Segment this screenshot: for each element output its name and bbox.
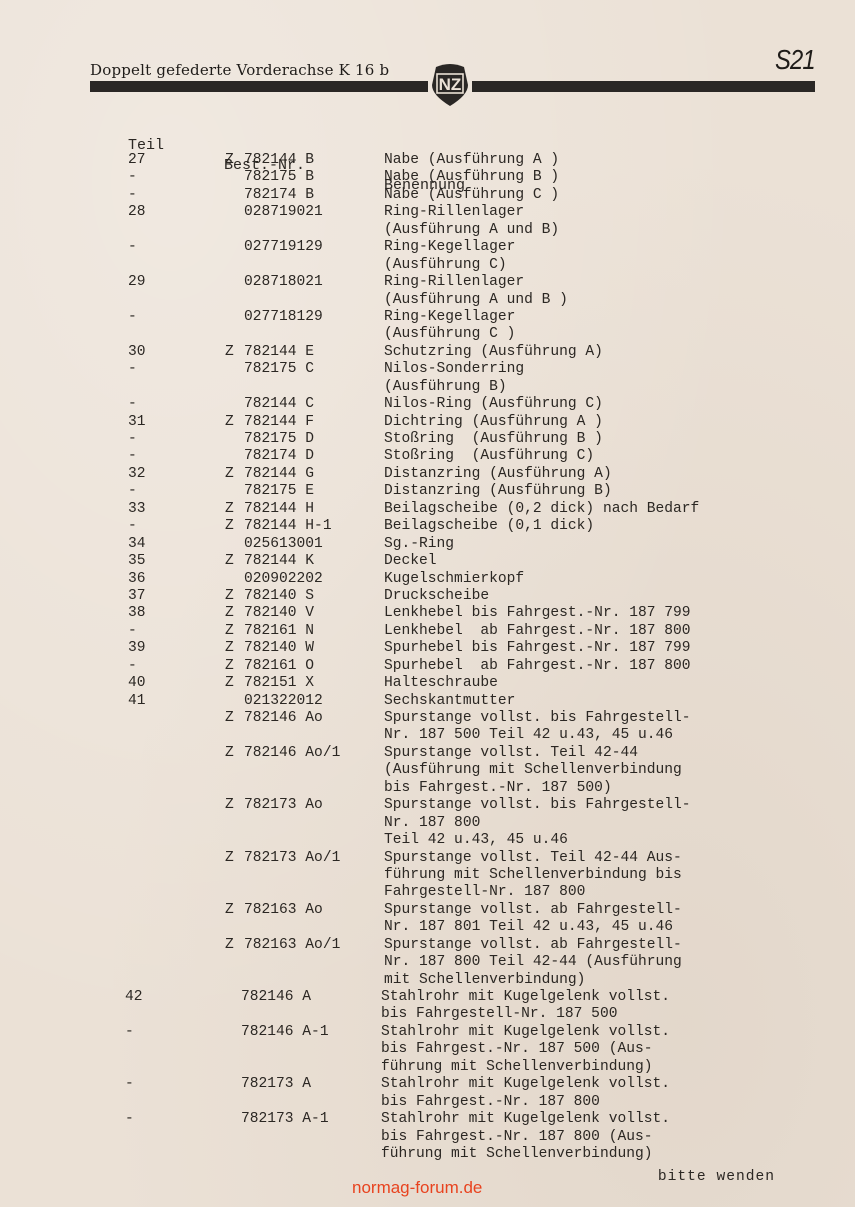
order-number: 782146 A-1	[241, 1024, 329, 1041]
part-description: (Ausführung C )	[384, 326, 515, 343]
table-row-continuation: (Ausführung B)	[0, 379, 855, 396]
table-row: -782146 A-1Stahlrohr mit Kugelgelenk vol…	[0, 1024, 855, 1041]
part-description: führung mit Schellenverbindung bis	[384, 867, 682, 884]
part-description: Ring-Kegellager	[384, 309, 515, 326]
z-marker: Z	[225, 518, 234, 535]
part-description: (Ausführung mit Schellenverbindung	[384, 762, 682, 779]
part-description: Stahlrohr mit Kugelgelenk vollst.	[381, 989, 670, 1006]
part-description: Dichtring (Ausführung A )	[384, 414, 603, 431]
part-description: Distanzring (Ausführung B)	[384, 483, 612, 500]
order-number: 782175 E	[244, 483, 314, 500]
svg-text:NZ: NZ	[439, 75, 462, 94]
part-description: Teil 42 u.43, 45 u.46	[384, 832, 568, 849]
table-row: 30Z782144 ESchutzring (Ausführung A)	[0, 344, 855, 361]
teil-number: -	[125, 1111, 134, 1128]
part-description: bis Fahrgest.-Nr. 187 500)	[384, 780, 612, 797]
table-row-continuation: (Ausführung C )	[0, 326, 855, 343]
teil-number: -	[128, 361, 137, 378]
table-row: Z782173 AoSpurstange vollst. bis Fahrges…	[0, 797, 855, 814]
order-number: 782151 X	[244, 675, 314, 692]
table-row: -782175 DStoßring (Ausführung B )	[0, 431, 855, 448]
z-marker: Z	[225, 640, 234, 657]
teil-number: 34	[128, 536, 146, 553]
part-description: bis Fahrgestell-Nr. 187 500	[381, 1006, 617, 1023]
z-marker: Z	[225, 658, 234, 675]
order-number: 782144 B	[244, 152, 314, 169]
page-number: S21	[775, 44, 815, 76]
part-description: bis Fahrgest.-Nr. 187 500 (Aus-	[381, 1041, 653, 1058]
order-number: 782173 A-1	[241, 1111, 329, 1128]
part-description: Beilagscheibe (0,1 dick)	[384, 518, 594, 535]
table-row: 38Z782140 VLenkhebel bis Fahrgest.-Nr. 1…	[0, 605, 855, 622]
table-row-continuation: bis Fahrgest.-Nr. 187 800 (Aus-	[0, 1129, 855, 1146]
part-description: Sg.-Ring	[384, 536, 454, 553]
table-row: -Z782161 NLenkhebel ab Fahrgest.-Nr. 187…	[0, 623, 855, 640]
table-row-continuation: Teil 42 u.43, 45 u.46	[0, 832, 855, 849]
z-marker: Z	[225, 902, 234, 919]
table-row: 29028718021Ring-Rillenlager	[0, 274, 855, 291]
teil-number: 28	[128, 204, 146, 221]
part-description: Lenkhebel ab Fahrgest.-Nr. 187 800	[384, 623, 691, 640]
order-number: 782161 O	[244, 658, 314, 675]
table-row: 33Z782144 HBeilagscheibe (0,2 dick) nach…	[0, 501, 855, 518]
teil-number: 29	[128, 274, 146, 291]
part-description: führung mit Schellenverbindung)	[381, 1059, 653, 1076]
table-row: -782173 A-1Stahlrohr mit Kugelgelenk vol…	[0, 1111, 855, 1128]
z-marker: Z	[225, 797, 234, 814]
teil-number: 33	[128, 501, 146, 518]
teil-number: 36	[128, 571, 146, 588]
order-number: 782144 H-1	[244, 518, 332, 535]
teil-number: 35	[128, 553, 146, 570]
parts-table: Teil Best.-Nr. Benennung 27Z782144 BNabe…	[0, 116, 855, 1163]
part-description: Deckel	[384, 553, 437, 570]
teil-number: -	[128, 239, 137, 256]
table-row-continuation: Fahrgestell-Nr. 187 800	[0, 884, 855, 901]
header-rule-left	[90, 81, 428, 92]
teil-number: -	[128, 658, 137, 675]
part-description: (Ausführung A und B )	[384, 292, 568, 309]
table-row-continuation: Nr. 187 800 Teil 42-44 (Ausführung	[0, 954, 855, 971]
order-number: 782163 Ao	[244, 902, 323, 919]
table-row-continuation: bis Fahrgest.-Nr. 187 500)	[0, 780, 855, 797]
part-description: Nabe (Ausführung A )	[384, 152, 559, 169]
part-description: Lenkhebel bis Fahrgest.-Nr. 187 799	[384, 605, 691, 622]
part-description: Nr. 187 800	[384, 815, 480, 832]
teil-number: 38	[128, 605, 146, 622]
table-row-continuation: Nr. 187 800	[0, 815, 855, 832]
z-marker: Z	[225, 710, 234, 727]
order-number: 782173 A	[241, 1076, 311, 1093]
table-row: Z782146 Ao/1Spurstange vollst. Teil 42-4…	[0, 745, 855, 762]
table-row-continuation: (Ausführung A und B )	[0, 292, 855, 309]
order-number: 027719129	[244, 239, 323, 256]
part-description: Ring-Rillenlager	[384, 204, 524, 221]
teil-number: -	[125, 1076, 134, 1093]
part-description: Stahlrohr mit Kugelgelenk vollst.	[381, 1024, 670, 1041]
table-row: -782173 AStahlrohr mit Kugelgelenk volls…	[0, 1076, 855, 1093]
table-row: 32Z782144 GDistanzring (Ausführung A)	[0, 466, 855, 483]
part-description: Distanzring (Ausführung A)	[384, 466, 612, 483]
part-description: Stoßring (Ausführung C)	[384, 448, 594, 465]
part-description: (Ausführung C)	[384, 257, 507, 274]
order-number: 782175 B	[244, 169, 314, 186]
z-marker: Z	[225, 344, 234, 361]
table-row: Z782173 Ao/1Spurstange vollst. Teil 42-4…	[0, 850, 855, 867]
teil-number: -	[128, 448, 137, 465]
order-number: 782163 Ao/1	[244, 937, 340, 954]
z-marker: Z	[225, 501, 234, 518]
table-row-continuation: führung mit Schellenverbindung)	[0, 1059, 855, 1076]
table-row: -782144 CNilos-Ring (Ausführung C)	[0, 396, 855, 413]
table-row: 35Z782144 KDeckel	[0, 553, 855, 570]
z-marker: Z	[225, 745, 234, 762]
teil-number: 41	[128, 693, 146, 710]
teil-number: 27	[128, 152, 146, 169]
table-row: -027718129Ring-Kegellager	[0, 309, 855, 326]
order-number: 782144 H	[244, 501, 314, 518]
part-description: Druckscheibe	[384, 588, 489, 605]
order-number: 020902202	[244, 571, 323, 588]
part-description: Spurstange vollst. Teil 42-44	[384, 745, 638, 762]
table-row-continuation: (Ausführung mit Schellenverbindung	[0, 762, 855, 779]
order-number: 025613001	[244, 536, 323, 553]
order-number: 782144 C	[244, 396, 314, 413]
order-number: 782146 Ao	[244, 710, 323, 727]
order-number: 782144 K	[244, 553, 314, 570]
z-marker: Z	[225, 623, 234, 640]
order-number: 782146 Ao/1	[244, 745, 340, 762]
z-marker: Z	[225, 675, 234, 692]
table-row: -782174 BNabe (Ausführung C )	[0, 187, 855, 204]
part-description: Nr. 187 801 Teil 42 u.43, 45 u.46	[384, 919, 673, 936]
part-description: Nr. 187 800 Teil 42-44 (Ausführung	[384, 954, 682, 971]
part-description: Spurstange vollst. ab Fahrgestell-	[384, 902, 682, 919]
order-number: 782140 S	[244, 588, 314, 605]
teil-number: 40	[128, 675, 146, 692]
part-description: Halteschraube	[384, 675, 498, 692]
part-description: (Ausführung A und B)	[384, 222, 559, 239]
section-title: Doppelt gefederte Vorderachse K 16 b	[90, 61, 389, 79]
part-description: Beilagscheibe (0,2 dick) nach Bedarf	[384, 501, 699, 518]
table-row: 42782146 AStahlrohr mit Kugelgelenk voll…	[0, 989, 855, 1006]
table-row: -782175 EDistanzring (Ausführung B)	[0, 483, 855, 500]
order-number: 782140 W	[244, 640, 314, 657]
table-row-continuation: führung mit Schellenverbindung)	[0, 1146, 855, 1163]
teil-number: -	[128, 187, 137, 204]
part-description: Sechskantmutter	[384, 693, 515, 710]
table-row: -782175 CNilos-Sonderring	[0, 361, 855, 378]
part-description: (Ausführung B)	[384, 379, 507, 396]
z-marker: Z	[225, 466, 234, 483]
table-row: 40Z782151 XHalteschraube	[0, 675, 855, 692]
part-description: Stahlrohr mit Kugelgelenk vollst.	[381, 1076, 670, 1093]
part-description: Ring-Rillenlager	[384, 274, 524, 291]
teil-number: 39	[128, 640, 146, 657]
table-row-continuation: bis Fahrgest.-Nr. 187 800	[0, 1094, 855, 1111]
teil-number: 37	[128, 588, 146, 605]
teil-number: -	[128, 518, 137, 535]
part-description: Spurstange vollst. bis Fahrgestell-	[384, 710, 691, 727]
z-marker: Z	[225, 937, 234, 954]
teil-number: -	[128, 169, 137, 186]
teil-number: -	[125, 1024, 134, 1041]
part-description: Spurstange vollst. bis Fahrgestell-	[384, 797, 691, 814]
table-row: -Z782161 OSpurhebel ab Fahrgest.-Nr. 187…	[0, 658, 855, 675]
part-description: Spurhebel ab Fahrgest.-Nr. 187 800	[384, 658, 691, 675]
z-marker: Z	[225, 588, 234, 605]
table-row: Z782146 AoSpurstange vollst. bis Fahrges…	[0, 710, 855, 727]
teil-number: -	[128, 431, 137, 448]
table-row-continuation: Nr. 187 500 Teil 42 u.43, 45 u.46	[0, 727, 855, 744]
part-description: Nabe (Ausführung C )	[384, 187, 559, 204]
order-number: 782174 D	[244, 448, 314, 465]
part-description: führung mit Schellenverbindung)	[381, 1146, 653, 1163]
table-row-continuation: (Ausführung A und B)	[0, 222, 855, 239]
nz-shield-logo-icon: NZ	[430, 63, 470, 107]
part-description: Nabe (Ausführung B )	[384, 169, 559, 186]
table-row: -Z782144 H-1Beilagscheibe (0,1 dick)	[0, 518, 855, 535]
table-row: 39Z782140 WSpurhebel bis Fahrgest.-Nr. 1…	[0, 640, 855, 657]
table-row-continuation: (Ausführung C)	[0, 257, 855, 274]
table-row: -027719129Ring-Kegellager	[0, 239, 855, 256]
teil-number: 31	[128, 414, 146, 431]
part-description: Spurstange vollst. ab Fahrgestell-	[384, 937, 682, 954]
table-header-row: Teil Best.-Nr. Benennung	[0, 116, 855, 152]
part-description: Stahlrohr mit Kugelgelenk vollst.	[381, 1111, 670, 1128]
table-row: 31Z782144 FDichtring (Ausführung A )	[0, 414, 855, 431]
table-row: 34025613001Sg.-Ring	[0, 536, 855, 553]
part-description: bis Fahrgest.-Nr. 187 800 (Aus-	[381, 1129, 653, 1146]
teil-number: 30	[128, 344, 146, 361]
part-description: bis Fahrgest.-Nr. 187 800	[381, 1094, 600, 1111]
z-marker: Z	[225, 152, 234, 169]
order-number: 782144 F	[244, 414, 314, 431]
order-number: 782161 N	[244, 623, 314, 640]
order-number: 028718021	[244, 274, 323, 291]
forum-watermark: normag-forum.de	[352, 1178, 482, 1198]
order-number: 782174 B	[244, 187, 314, 204]
teil-number: -	[128, 396, 137, 413]
part-description: Schutzring (Ausführung A)	[384, 344, 603, 361]
part-description: Ring-Kegellager	[384, 239, 515, 256]
table-row-continuation: bis Fahrgestell-Nr. 187 500	[0, 1006, 855, 1023]
order-number: 782146 A	[241, 989, 311, 1006]
part-description: Nr. 187 500 Teil 42 u.43, 45 u.46	[384, 727, 673, 744]
table-row: 36020902202Kugelschmierkopf	[0, 571, 855, 588]
part-description: Spurhebel bis Fahrgest.-Nr. 187 799	[384, 640, 691, 657]
turn-page-note: bitte wenden	[658, 1169, 775, 1185]
table-row: -782174 DStoßring (Ausführung C)	[0, 448, 855, 465]
part-description: Stoßring (Ausführung B )	[384, 431, 603, 448]
teil-number: -	[128, 623, 137, 640]
teil-number: -	[128, 309, 137, 326]
part-description: Kugelschmierkopf	[384, 571, 524, 588]
order-number: 782144 G	[244, 466, 314, 483]
table-row: 27Z782144 BNabe (Ausführung A )	[0, 152, 855, 169]
table-row: Z782163 AoSpurstange vollst. ab Fahrgest…	[0, 902, 855, 919]
parts-table-body: 27Z782144 BNabe (Ausführung A )-782175 B…	[0, 152, 855, 1163]
order-number: 021322012	[244, 693, 323, 710]
table-row: 37Z782140 SDruckscheibe	[0, 588, 855, 605]
teil-number: 42	[125, 989, 143, 1006]
table-row: -782175 BNabe (Ausführung B )	[0, 169, 855, 186]
table-row-continuation: bis Fahrgest.-Nr. 187 500 (Aus-	[0, 1041, 855, 1058]
table-row: Z782163 Ao/1Spurstange vollst. ab Fahrge…	[0, 937, 855, 954]
header-rule-right	[472, 81, 815, 92]
order-number: 027718129	[244, 309, 323, 326]
part-description: Fahrgestell-Nr. 187 800	[384, 884, 585, 901]
table-row-continuation: führung mit Schellenverbindung bis	[0, 867, 855, 884]
part-description: Nilos-Ring (Ausführung C)	[384, 396, 603, 413]
order-number: 782144 E	[244, 344, 314, 361]
part-description: Spurstange vollst. Teil 42-44 Aus-	[384, 850, 682, 867]
z-marker: Z	[225, 414, 234, 431]
table-row-continuation: mit Schellenverbindung)	[0, 972, 855, 989]
order-number: 782175 C	[244, 361, 314, 378]
table-row: 41021322012Sechskantmutter	[0, 693, 855, 710]
z-marker: Z	[225, 850, 234, 867]
teil-number: 32	[128, 466, 146, 483]
table-row-continuation: Nr. 187 801 Teil 42 u.43, 45 u.46	[0, 919, 855, 936]
order-number: 782173 Ao	[244, 797, 323, 814]
order-number: 782175 D	[244, 431, 314, 448]
order-number: 782173 Ao/1	[244, 850, 340, 867]
order-number: 782140 V	[244, 605, 314, 622]
part-description: Nilos-Sonderring	[384, 361, 524, 378]
part-description: mit Schellenverbindung)	[384, 972, 585, 989]
teil-number: -	[128, 483, 137, 500]
table-row: 28028719021Ring-Rillenlager	[0, 204, 855, 221]
z-marker: Z	[225, 605, 234, 622]
order-number: 028719021	[244, 204, 323, 221]
page-header: Doppelt gefederte Vorderachse K 16 b NZ	[90, 58, 815, 98]
z-marker: Z	[225, 553, 234, 570]
